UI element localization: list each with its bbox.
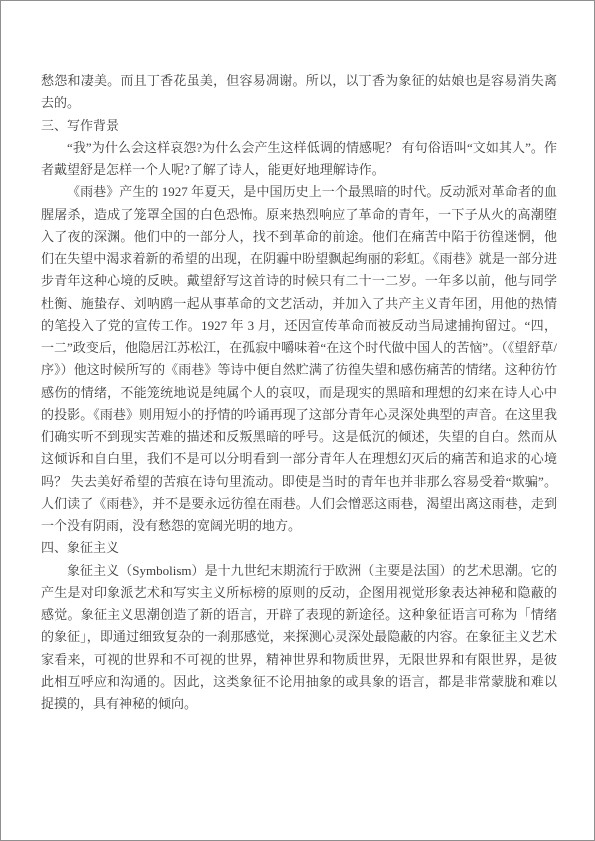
section-heading-symbolism: 四、象征主义	[41, 537, 557, 559]
paragraph-intro-question: “我”为什么会这样哀怨?为什么会产生这样低调的情感呢？ 有句俗语叫“文如其人”。…	[41, 137, 557, 182]
paragraph-continuation: 愁怨和凄美。而且丁香花虽美，但容易凋谢。所以，以丁香为象征的姑娘也是容易消失离去…	[41, 70, 557, 115]
section-heading-writing-background: 三、写作背景	[41, 115, 557, 137]
paragraph-symbolism: 象征主义（Symbolism）是十九世纪末期流行于欧洲（主要是法国）的艺术思潮。…	[41, 560, 557, 716]
document-text-block: 愁怨和凄美。而且丁香花虽美，但容易凋谢。所以，以丁香为象征的姑娘也是容易消失离去…	[41, 70, 557, 715]
paragraph-background-1927: 《雨巷》产生的 1927 年夏天，是中国历史上一个最黑暗的时代。反动派对革命者的…	[41, 181, 557, 537]
document-page: 愁怨和凄美。而且丁香花虽美，但容易凋谢。所以，以丁香为象征的姑娘也是容易消失离去…	[0, 0, 595, 841]
